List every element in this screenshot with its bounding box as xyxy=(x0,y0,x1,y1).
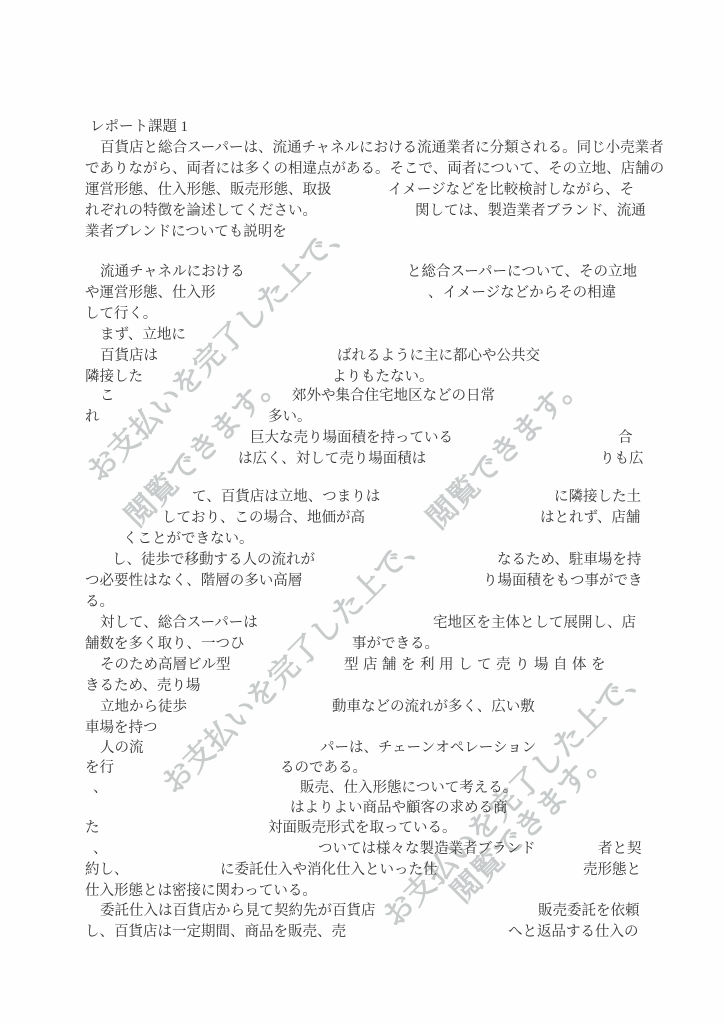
text-fragment: 関しては、製造業者ブランド、流通 xyxy=(415,201,646,221)
text-fragment: る。 xyxy=(85,592,114,612)
text-fragment: 流通チャネルにおける xyxy=(100,262,245,282)
text-fragment: なるため、駐車場を持 xyxy=(497,550,641,570)
text-fragment: 百貨店は xyxy=(100,346,158,366)
text-fragment: 、 xyxy=(93,778,108,798)
text-fragment: 百貨店と総合スーパーは、流通チャネルにおける流通業者に分類される。同じ小売業者 xyxy=(100,138,664,158)
text-fragment: 者と契 xyxy=(598,839,642,859)
document-text-layer: レポート課題 1百貨店と総合スーパーは、流通チャネルにおける流通業者に分類される… xyxy=(0,0,724,1024)
text-fragment: イメージなどを比較検討しながら、そ xyxy=(388,180,634,200)
text-fragment: 合 xyxy=(618,428,633,448)
text-fragment: れ xyxy=(85,407,100,427)
text-fragment: 販売委託を依頼 xyxy=(538,901,640,921)
text-fragment: 人の流 xyxy=(100,738,144,758)
text-fragment: 舗数を多く取り、一つひ xyxy=(85,634,245,654)
text-fragment: 巨大な売り場面積を持っている xyxy=(250,428,453,448)
text-fragment: 型店舗を利用して売り場自体を xyxy=(344,655,610,675)
text-fragment: 宅地区を主体として展開し、店 xyxy=(433,613,636,633)
text-fragment: 郊外や集合住宅地区などの日常 xyxy=(292,386,495,406)
text-fragment: レポート課題 1 xyxy=(90,117,188,137)
text-fragment: 対面販売形式を取っている。 xyxy=(268,818,457,838)
text-fragment: 委託仕入は百貨店から見て契約先が百貨店 xyxy=(100,901,376,921)
text-fragment: 販売、仕入形態について考える。 xyxy=(300,778,517,798)
text-fragment: はよりよい商品や顧客の求める商 xyxy=(290,798,508,818)
text-fragment: り場面積をもつ事ができ xyxy=(483,571,643,591)
text-fragment: に委託仕入や消化仕入といった仕 xyxy=(220,860,438,880)
text-fragment: 隣接した xyxy=(85,367,143,387)
text-fragment: し、百貨店は一定期間、商品を販売、売 xyxy=(85,922,346,942)
text-fragment: 、イメージなどからその相違 xyxy=(428,283,616,303)
text-fragment: しており、この場合、地価が高 xyxy=(162,508,365,528)
text-fragment: 対して、総合スーパーは xyxy=(100,613,258,633)
text-fragment: れぞれの特徴を論述してください。 xyxy=(85,201,317,221)
text-fragment: 、 xyxy=(93,839,108,859)
text-fragment: へと返品する仕入の xyxy=(508,922,639,942)
text-fragment: を行 xyxy=(85,758,114,778)
text-fragment: はとれず、店舗 xyxy=(540,508,640,528)
text-fragment: し、徒歩で移動する人の流れが xyxy=(112,550,315,570)
text-fragment: ばれるように主に都心や公共交 xyxy=(337,346,540,366)
text-fragment: まず、立地に xyxy=(100,325,186,345)
text-fragment: た xyxy=(85,818,100,838)
text-fragment: は広く、対して売り場面積は xyxy=(238,449,426,469)
text-fragment: そのため高層ビル型 xyxy=(100,655,231,675)
text-fragment: るのである。 xyxy=(280,758,367,778)
text-fragment: 動車などの流れが多く、広い敷 xyxy=(332,697,535,717)
text-fragment: よりもたない。 xyxy=(332,367,434,387)
text-fragment: 約し、 xyxy=(85,860,129,880)
text-fragment: 車場を持つ xyxy=(85,718,158,738)
text-fragment: ついては様々な製造業者ブランド xyxy=(318,839,536,859)
text-fragment: 売形態と xyxy=(583,860,641,880)
text-fragment: りも広 xyxy=(600,449,644,469)
text-fragment: 立地から徒歩 xyxy=(100,697,187,717)
text-fragment: に隣接した土 xyxy=(554,487,641,507)
text-fragment: て、百貨店は立地、つまりは xyxy=(192,487,380,507)
text-fragment: や運営形態、仕入形 xyxy=(85,283,216,303)
text-fragment: 仕入形態とは密接に関わっている。 xyxy=(85,881,317,901)
text-fragment: 事ができる。 xyxy=(352,634,439,654)
text-fragment: と総合スーパーについて、その立地 xyxy=(407,262,637,282)
text-fragment: 多い。 xyxy=(268,407,312,427)
text-fragment: して行く。 xyxy=(85,304,157,324)
text-fragment: 運営形態、仕入形態、販売形態、取扱 xyxy=(85,180,332,200)
text-fragment: くことができない。 xyxy=(123,529,254,549)
text-fragment: 業者ブレンドについても説明を xyxy=(85,222,287,242)
text-fragment: パーは、チェーンオペレーション xyxy=(320,738,536,758)
scanned-report-page: お支払いを完了した上で、閲覧できます。お支払いを完了した上で、 閲覧できます。お… xyxy=(0,0,724,1024)
text-fragment: でありながら、両者には多くの相違点がある。そこで、両者について、その立地、店舗の xyxy=(85,159,664,179)
text-fragment: こ xyxy=(100,386,115,406)
text-fragment: つ必要性はなく、階層の多い高層 xyxy=(85,571,302,591)
text-fragment: きるため、売り場 xyxy=(85,676,200,696)
